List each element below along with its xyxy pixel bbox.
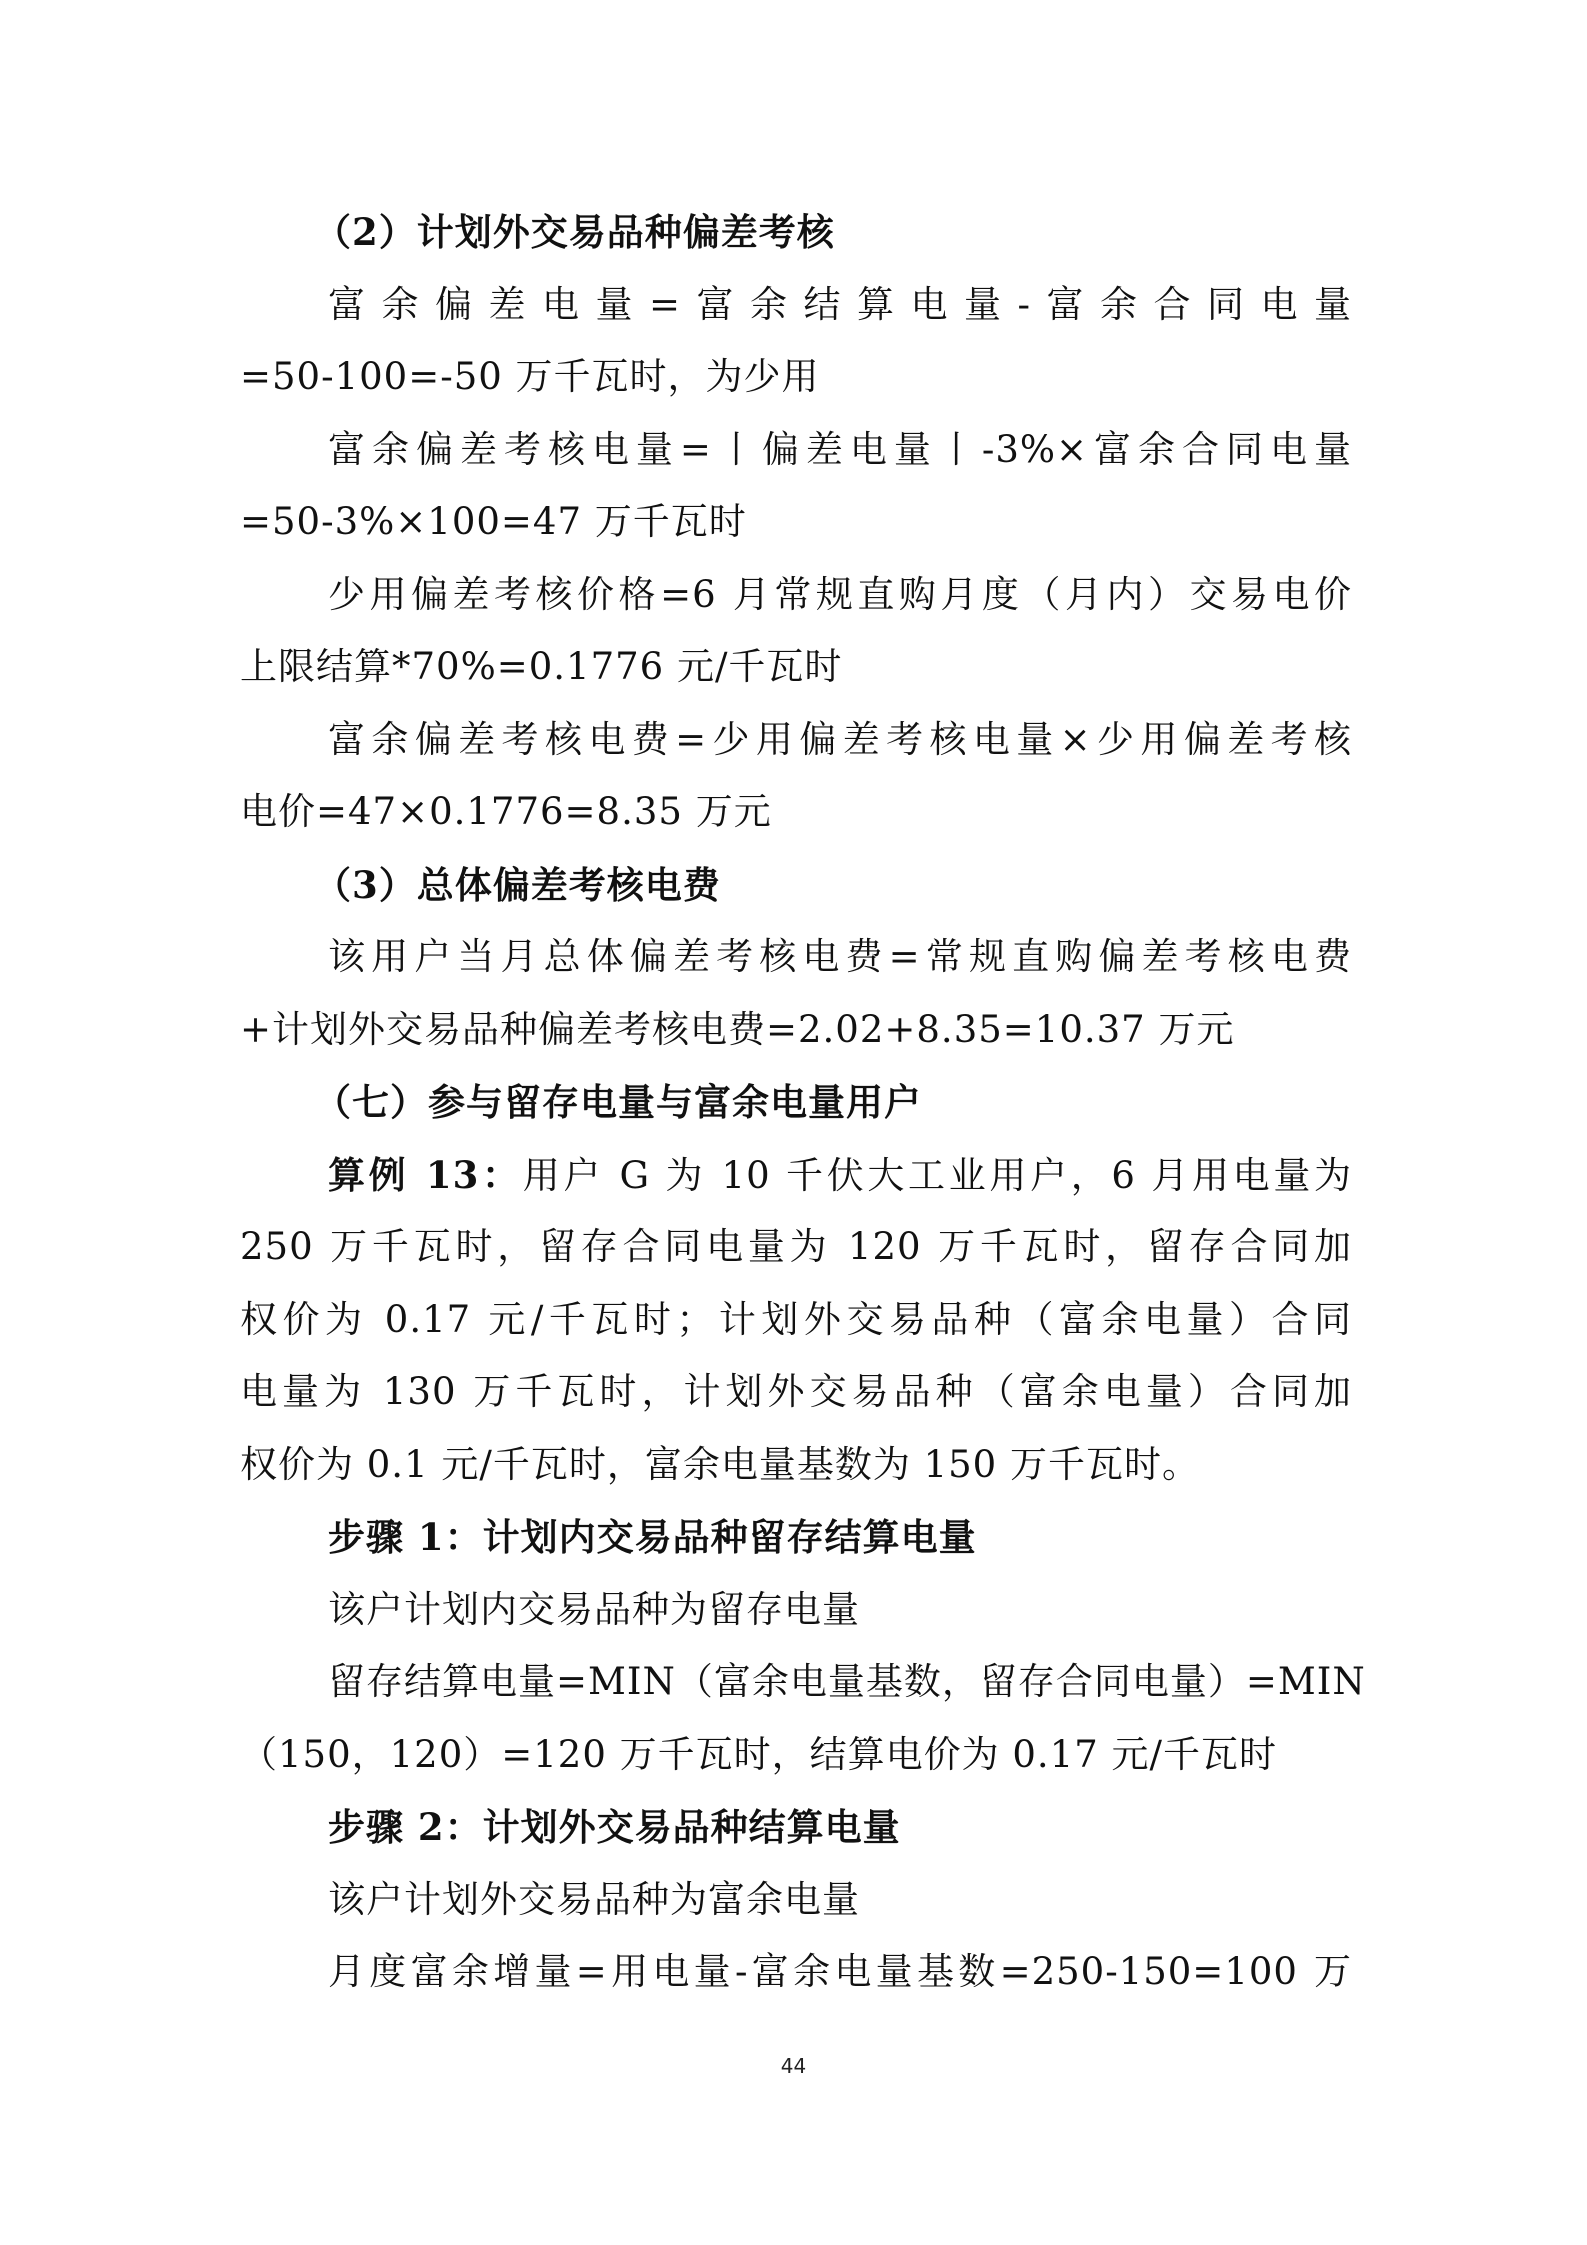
paragraph-line: +计划外交易品种偏差考核电费=2.02+8.35=10.37 万元: [240, 994, 1352, 1067]
section-heading-3: （3）总体偏差考核电费: [240, 849, 1352, 922]
paragraph-line: 权价为 0.17 元/千瓦时；计划外交易品种（富余电量）合同: [240, 1284, 1352, 1357]
step-2-heading: 步骤 2：计划外交易品种结算电量: [240, 1791, 1352, 1864]
paragraph-line: 月度富余增量=用电量-富余电量基数=250-150=100 万: [240, 1936, 1352, 2009]
paragraph-line: 该户计划内交易品种为留存电量: [240, 1574, 1352, 1647]
example-label: 算例 13：: [328, 1153, 523, 1197]
paragraph-line: 富余偏差电量=富余结算电量-富余合同电量: [240, 269, 1352, 342]
paragraph-line: 少用偏差考核价格=6 月常规直购月度（月内）交易电价: [240, 559, 1352, 632]
paragraph-line: 留存结算电量=MIN（富余电量基数，留存合同电量）=MIN: [240, 1646, 1352, 1719]
paragraph-line: 该用户当月总体偏差考核电费=常规直购偏差考核电费: [240, 921, 1352, 994]
example-text: 用户 G 为 10 千伏大工业用户，6 月用电量为: [523, 1154, 1352, 1197]
paragraph-line: 电价=47×0.1776=8.35 万元: [240, 776, 1352, 849]
step-1-heading: 步骤 1：计划内交易品种留存结算电量: [240, 1501, 1352, 1574]
document-page: （2）计划外交易品种偏差考核 富余偏差电量=富余结算电量-富余合同电量 =50-…: [240, 196, 1352, 2009]
section-heading-7: （七）参与留存电量与富余电量用户: [240, 1066, 1352, 1139]
paragraph-line: =50-3%×100=47 万千瓦时: [240, 486, 1352, 559]
example-first-line: 算例 13：用户 G 为 10 千伏大工业用户，6 月用电量为: [240, 1139, 1352, 1212]
paragraph-line: 电量为 130 万千瓦时，计划外交易品种（富余电量）合同加: [240, 1356, 1352, 1429]
paragraph-line: =50-100=-50 万千瓦时，为少用: [240, 341, 1352, 414]
paragraph-line: 上限结算*70%=0.1776 元/千瓦时: [240, 631, 1352, 704]
paragraph-line: （150，120）=120 万千瓦时，结算电价为 0.17 元/千瓦时: [240, 1719, 1352, 1792]
paragraph-line: 富余偏差考核电费=少用偏差考核电量×少用偏差考核: [240, 704, 1352, 777]
paragraph-line: 富余偏差考核电量=丨偏差电量丨-3%×富余合同电量: [240, 414, 1352, 487]
paragraph-line: 250 万千瓦时，留存合同电量为 120 万千瓦时，留存合同加: [240, 1211, 1352, 1284]
section-heading-2: （2）计划外交易品种偏差考核: [240, 196, 1352, 269]
paragraph-line: 该户计划外交易品种为富余电量: [240, 1864, 1352, 1937]
paragraph-line: 权价为 0.1 元/千瓦时，富余电量基数为 150 万千瓦时。: [240, 1429, 1352, 1502]
page-number: 44: [0, 2054, 1587, 2078]
